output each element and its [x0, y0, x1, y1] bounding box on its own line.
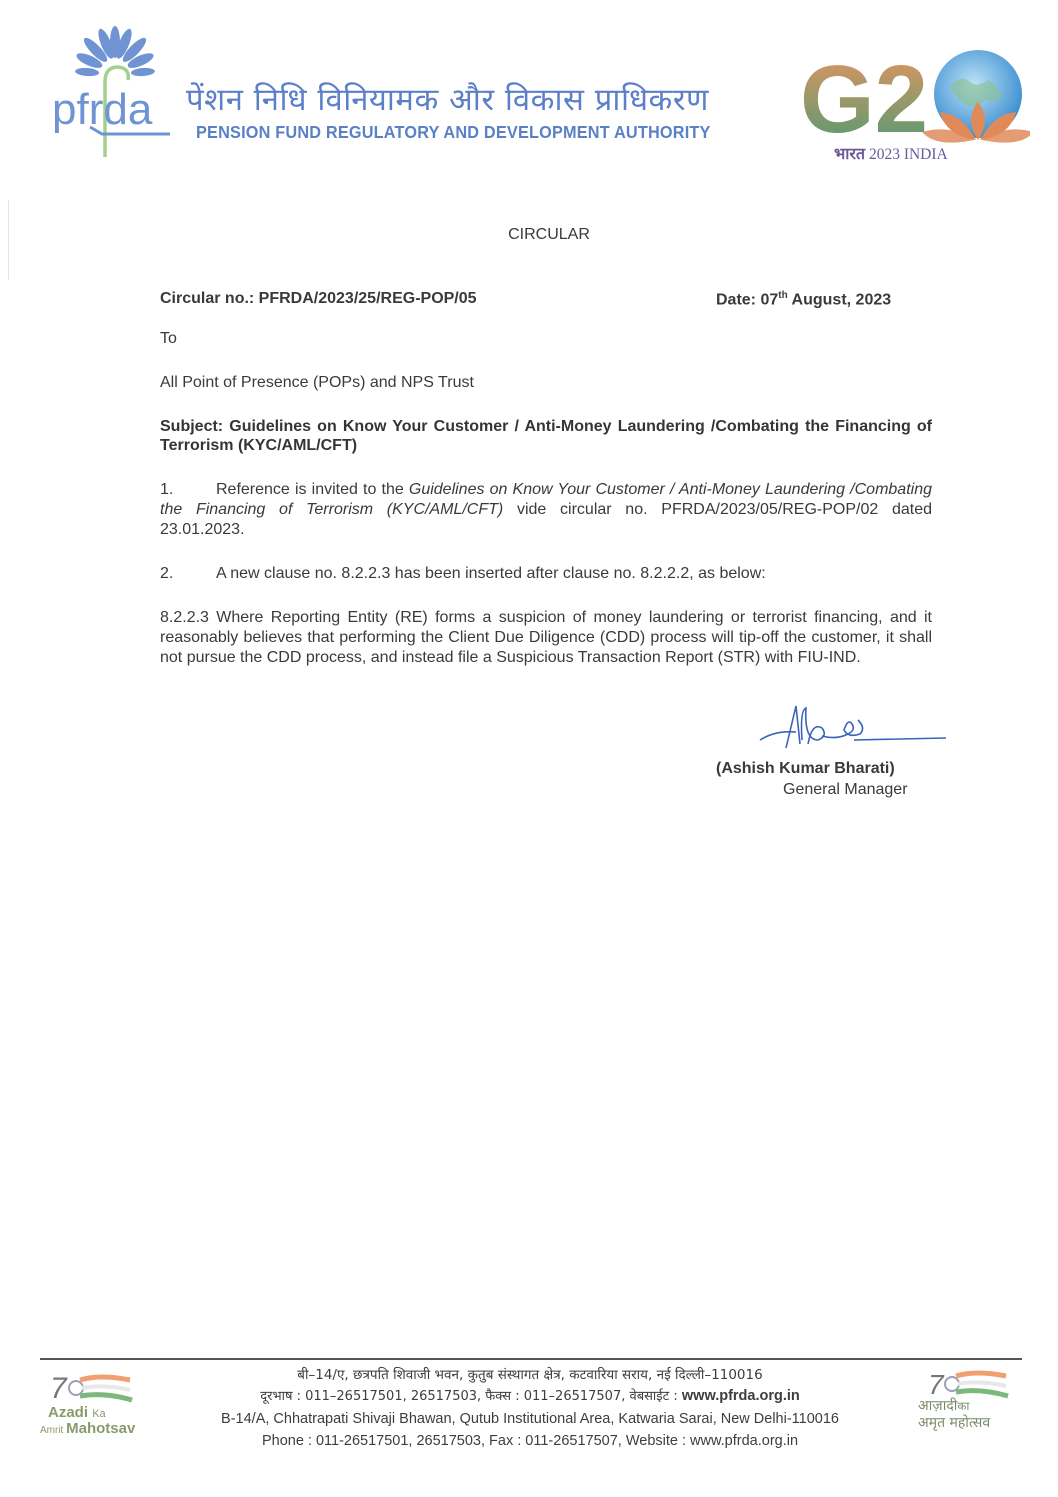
footer-website-link-hindi[interactable]: www.pfrda.org.in: [682, 1388, 800, 1404]
footer-address-english: B-14/A, Chhatrapati Shivaji Bhawan, Qutu…: [180, 1409, 880, 1430]
document-title: CIRCULAR: [0, 226, 1058, 244]
footer-contact-english: Phone : 011-26517501, 26517503, Fax : 01…: [180, 1431, 880, 1452]
footer-address-hindi: बी–14/ए, छत्रपति शिवाजी भवन, कुतुब संस्थ…: [180, 1365, 880, 1386]
signatory-name: (Ashish Kumar Bharati): [716, 760, 895, 778]
footer-divider: [40, 1358, 1022, 1360]
svg-text:G2: G2: [800, 46, 928, 153]
signatory-designation: General Manager: [783, 781, 908, 799]
signature-icon: [756, 700, 956, 760]
paragraph-1: 1.Reference is invited to the Guidelines…: [160, 480, 932, 540]
org-name-english: PENSION FUND REGULATORY AND DEVELOPMENT …: [196, 122, 711, 143]
amrit-left-line1: Azadi Ka: [48, 1404, 106, 1421]
amrit-left-line2: Amrit Mahotsav: [40, 1420, 135, 1437]
org-name-hindi: पेंशन निधि विनियामक और विकास प्राधिकरण: [186, 78, 709, 120]
g20-tagline: भारत 2023 INDIA: [834, 142, 948, 164]
subject-line: Subject: Guidelines on Know Your Custome…: [160, 417, 932, 455]
circular-date: Date: 07th August, 2023: [716, 290, 891, 309]
pfrda-logo-icon: pfrda: [50, 22, 180, 162]
paragraph-2: 2.A new clause no. 8.2.2.3 has been inse…: [160, 564, 932, 584]
svg-text:7: 7: [50, 1372, 68, 1405]
footer-contact-hindi: दूरभाष : 011–26517501, 26517503, फैक्स :…: [180, 1386, 880, 1407]
clause-8-2-2-3: 8.2.2.3 Where Reporting Entity (RE) form…: [160, 608, 932, 668]
g20-tag-hindi: भारत: [834, 144, 865, 163]
svg-text:pfrda: pfrda: [52, 85, 153, 134]
amrit-right-text: आज़ादीकाअमृत महोत्सव: [918, 1398, 990, 1432]
circular-number: Circular no.: PFRDA/2023/25/REG-POP/05: [160, 290, 477, 308]
to-label: To: [160, 330, 177, 348]
g20-tag-year: 2023 INDIA: [869, 146, 948, 163]
addressee: All Point of Presence (POPs) and NPS Tru…: [160, 374, 474, 392]
svg-text:7: 7: [928, 1369, 945, 1400]
